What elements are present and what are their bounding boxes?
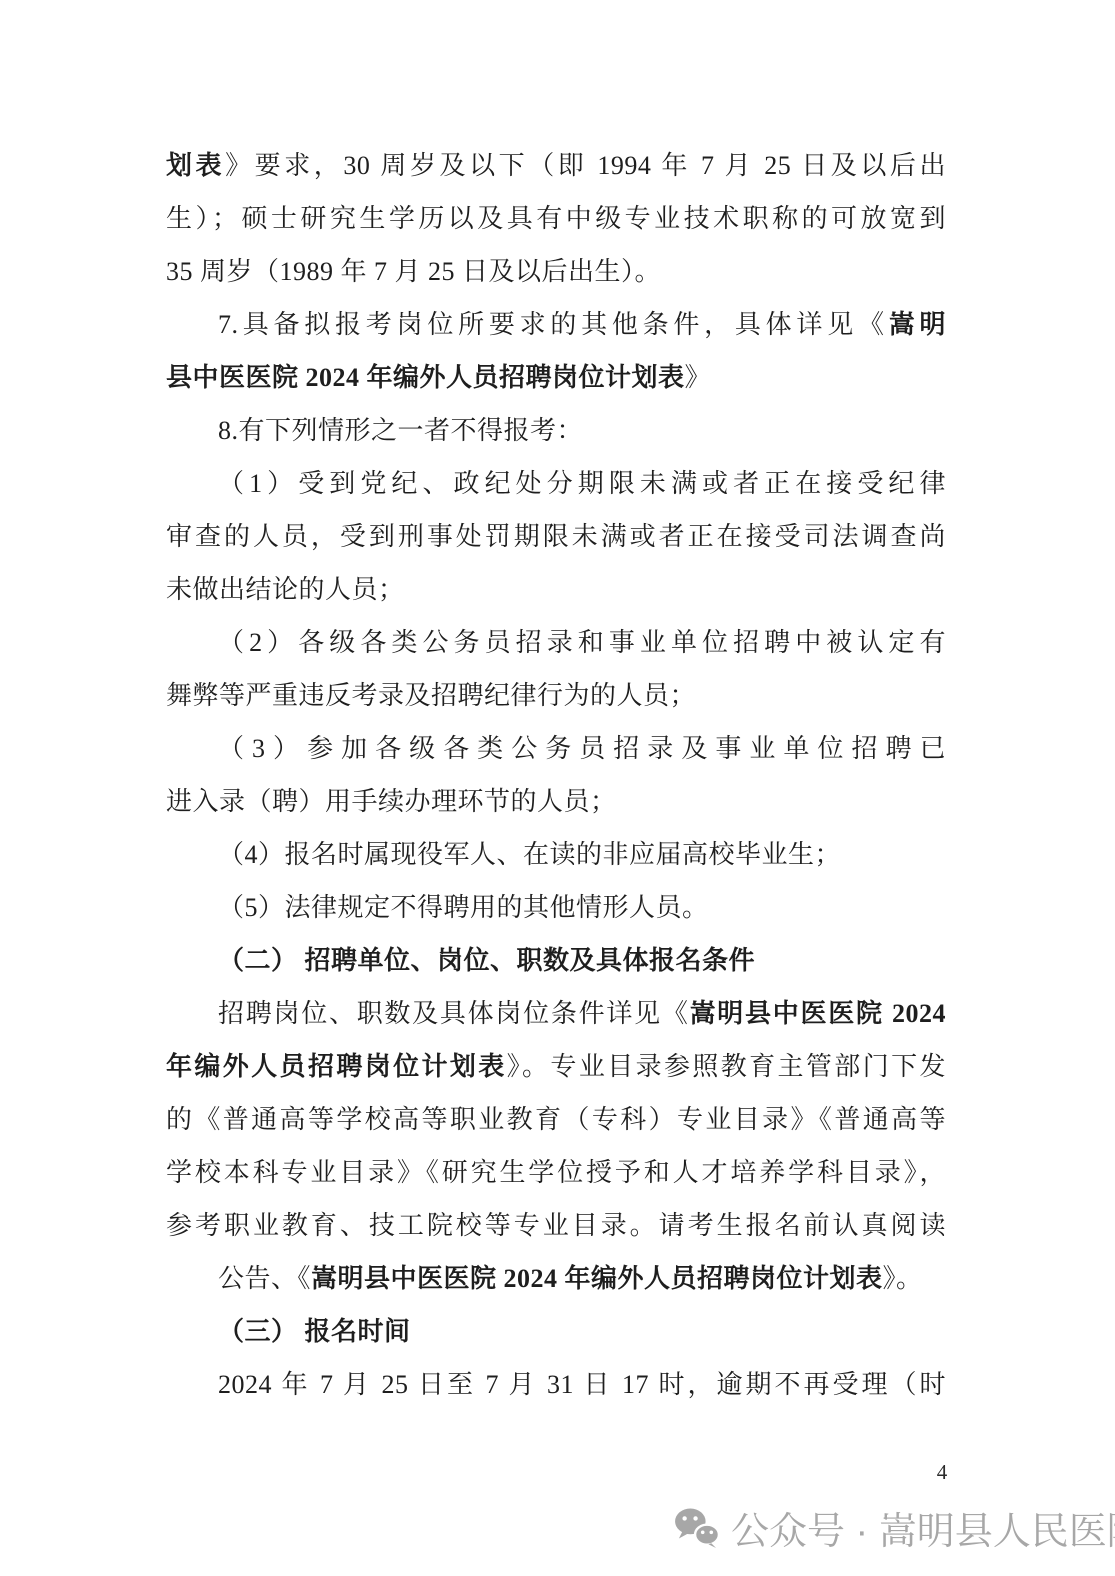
text-line: （4）报名时属现役军人、在读的非应届高校毕业生； <box>166 828 946 881</box>
text-line: 学校本科专业目录》《研究生学位授予和人才培养学科目录》， <box>166 1146 946 1199</box>
text-line: 划表》要求，30 周岁及以下（即 1994 年 7 月 25 日及以后出 <box>166 139 946 192</box>
text-segment: （4）报名时属现役军人、在读的非应届高校毕业生； <box>218 840 841 869</box>
text-segment-bold: 嵩明 <box>889 310 946 339</box>
text-segment: 生）；硕士研究生学历以及具有中级专业技术职称的可放宽到 <box>166 204 946 233</box>
text-segment: 学校本科专业目录》《研究生学位授予和人才培养学科目录》， <box>166 1158 946 1187</box>
text-line: 8.有下列情形之一者不得报考： <box>166 404 946 457</box>
text-segment: （5）法律规定不得聘用的其他情形人员。 <box>218 893 709 922</box>
text-line: 县中医医院 2024 年编外人员招聘岗位计划表》 <box>166 351 946 404</box>
text-line: 未做出结论的人员； <box>166 563 946 616</box>
wechat-account-text: 公众号 · 嵩明县人民医院 <box>731 1500 1115 1555</box>
text-segment: 》。专业目录参照教育主管部门下发 <box>507 1052 946 1081</box>
text-line: （二） 招聘单位、岗位、职数及具体报名条件 <box>166 934 946 987</box>
text-segment-bold: 嵩明县中医医院 2024 <box>690 999 946 1028</box>
text-segment: 》 <box>685 363 712 392</box>
wechat-icon <box>674 1508 720 1548</box>
text-segment-bold: （三） 报名时间 <box>218 1317 411 1346</box>
text-line: （5）法律规定不得聘用的其他情形人员。 <box>166 881 946 934</box>
text-line: （三） 报名时间 <box>166 1305 946 1358</box>
text-segment-bold: 县中医医院 2024 年编外人员招聘岗位计划表 <box>166 363 685 392</box>
text-segment: 进入录（聘）用手续办理环节的人员； <box>166 787 617 816</box>
text-segment: 招聘岗位、职数及具体岗位条件详见《 <box>218 999 690 1028</box>
text-segment-bold: 年编外人员招聘岗位计划表 <box>166 1052 507 1081</box>
text-segment: （3）参加各级各类公务员招录及事业单位招聘已 <box>218 734 946 763</box>
text-segment-bold: 划表 <box>166 151 225 180</box>
text-segment: 参考职业教育、技工院校等专业目录。请考生报名前认真阅读 <box>166 1211 946 1240</box>
document-body: 划表》要求，30 周岁及以下（即 1994 年 7 月 25 日及以后出生）；硕… <box>166 139 946 1411</box>
text-segment: 审查的人员，受到刑事处罚期限未满或者正在接受司法调查尚 <box>166 522 946 551</box>
text-line: （2）各级各类公务员招录和事业单位招聘中被认定有 <box>166 616 946 669</box>
text-segment: 》要求，30 周岁及以下（即 1994 年 7 月 25 日及以后出 <box>225 151 946 180</box>
text-segment: 2024 年 7 月 25 日至 7 月 31 日 17 时，逾期不再受理（时 <box>218 1370 946 1399</box>
text-line: 招聘岗位、职数及具体岗位条件详见《嵩明县中医医院 2024 <box>166 987 946 1040</box>
text-segment: 的《普通高等学校高等职业教育（专科）专业目录》《普通高等 <box>166 1105 946 1134</box>
text-line: 7.具备拟报考岗位所要求的其他条件，具体详见《嵩明 <box>166 298 946 351</box>
text-line: 2024 年 7 月 25 日至 7 月 31 日 17 时，逾期不再受理（时 <box>166 1358 946 1411</box>
text-line: 审查的人员，受到刑事处罚期限未满或者正在接受司法调查尚 <box>166 510 946 563</box>
text-line: 年编外人员招聘岗位计划表》。专业目录参照教育主管部门下发 <box>166 1040 946 1093</box>
text-line: 的《普通高等学校高等职业教育（专科）专业目录》《普通高等 <box>166 1093 946 1146</box>
document-page: 划表》要求，30 周岁及以下（即 1994 年 7 月 25 日及以后出生）；硕… <box>0 0 1115 1576</box>
text-segment: 公告、《 <box>218 1264 311 1293</box>
text-line: 生）；硕士研究生学历以及具有中级专业技术职称的可放宽到 <box>166 192 946 245</box>
text-line: 35 周岁（1989 年 7 月 25 日及以后出生）。 <box>166 245 946 298</box>
text-segment: 舞弊等严重违反考录及招聘纪律行为的人员； <box>166 681 696 710</box>
text-segment: 35 周岁（1989 年 7 月 25 日及以后出生）。 <box>166 257 661 286</box>
text-segment: 7.具备拟报考岗位所要求的其他条件，具体详见《 <box>218 310 889 339</box>
page-number: 4 <box>928 1460 956 1485</box>
text-segment: 》。 <box>883 1264 923 1293</box>
wechat-watermark: 公众号 · 嵩明县人民医院 <box>674 1500 1115 1555</box>
text-segment: 8.有下列情形之一者不得报考： <box>218 416 583 445</box>
text-segment: （2）各级各类公务员招录和事业单位招聘中被认定有 <box>218 628 946 657</box>
text-segment: 未做出结论的人员； <box>166 575 405 604</box>
text-line: 舞弊等严重违反考录及招聘纪律行为的人员； <box>166 669 946 722</box>
text-segment-bold: 嵩明县中医医院 2024 年编外人员招聘岗位计划表 <box>311 1264 883 1293</box>
text-line: （1）受到党纪、政纪处分期限未满或者正在接受纪律 <box>166 457 946 510</box>
text-segment: （1）受到党纪、政纪处分期限未满或者正在接受纪律 <box>218 469 946 498</box>
text-segment-bold: （二） 招聘单位、岗位、职数及具体报名条件 <box>218 946 755 975</box>
text-line: 参考职业教育、技工院校等专业目录。请考生报名前认真阅读 <box>166 1199 946 1252</box>
text-line: 进入录（聘）用手续办理环节的人员； <box>166 775 946 828</box>
text-line: 公告、《嵩明县中医医院 2024 年编外人员招聘岗位计划表》。 <box>166 1252 946 1305</box>
text-line: （3）参加各级各类公务员招录及事业单位招聘已 <box>166 722 946 775</box>
